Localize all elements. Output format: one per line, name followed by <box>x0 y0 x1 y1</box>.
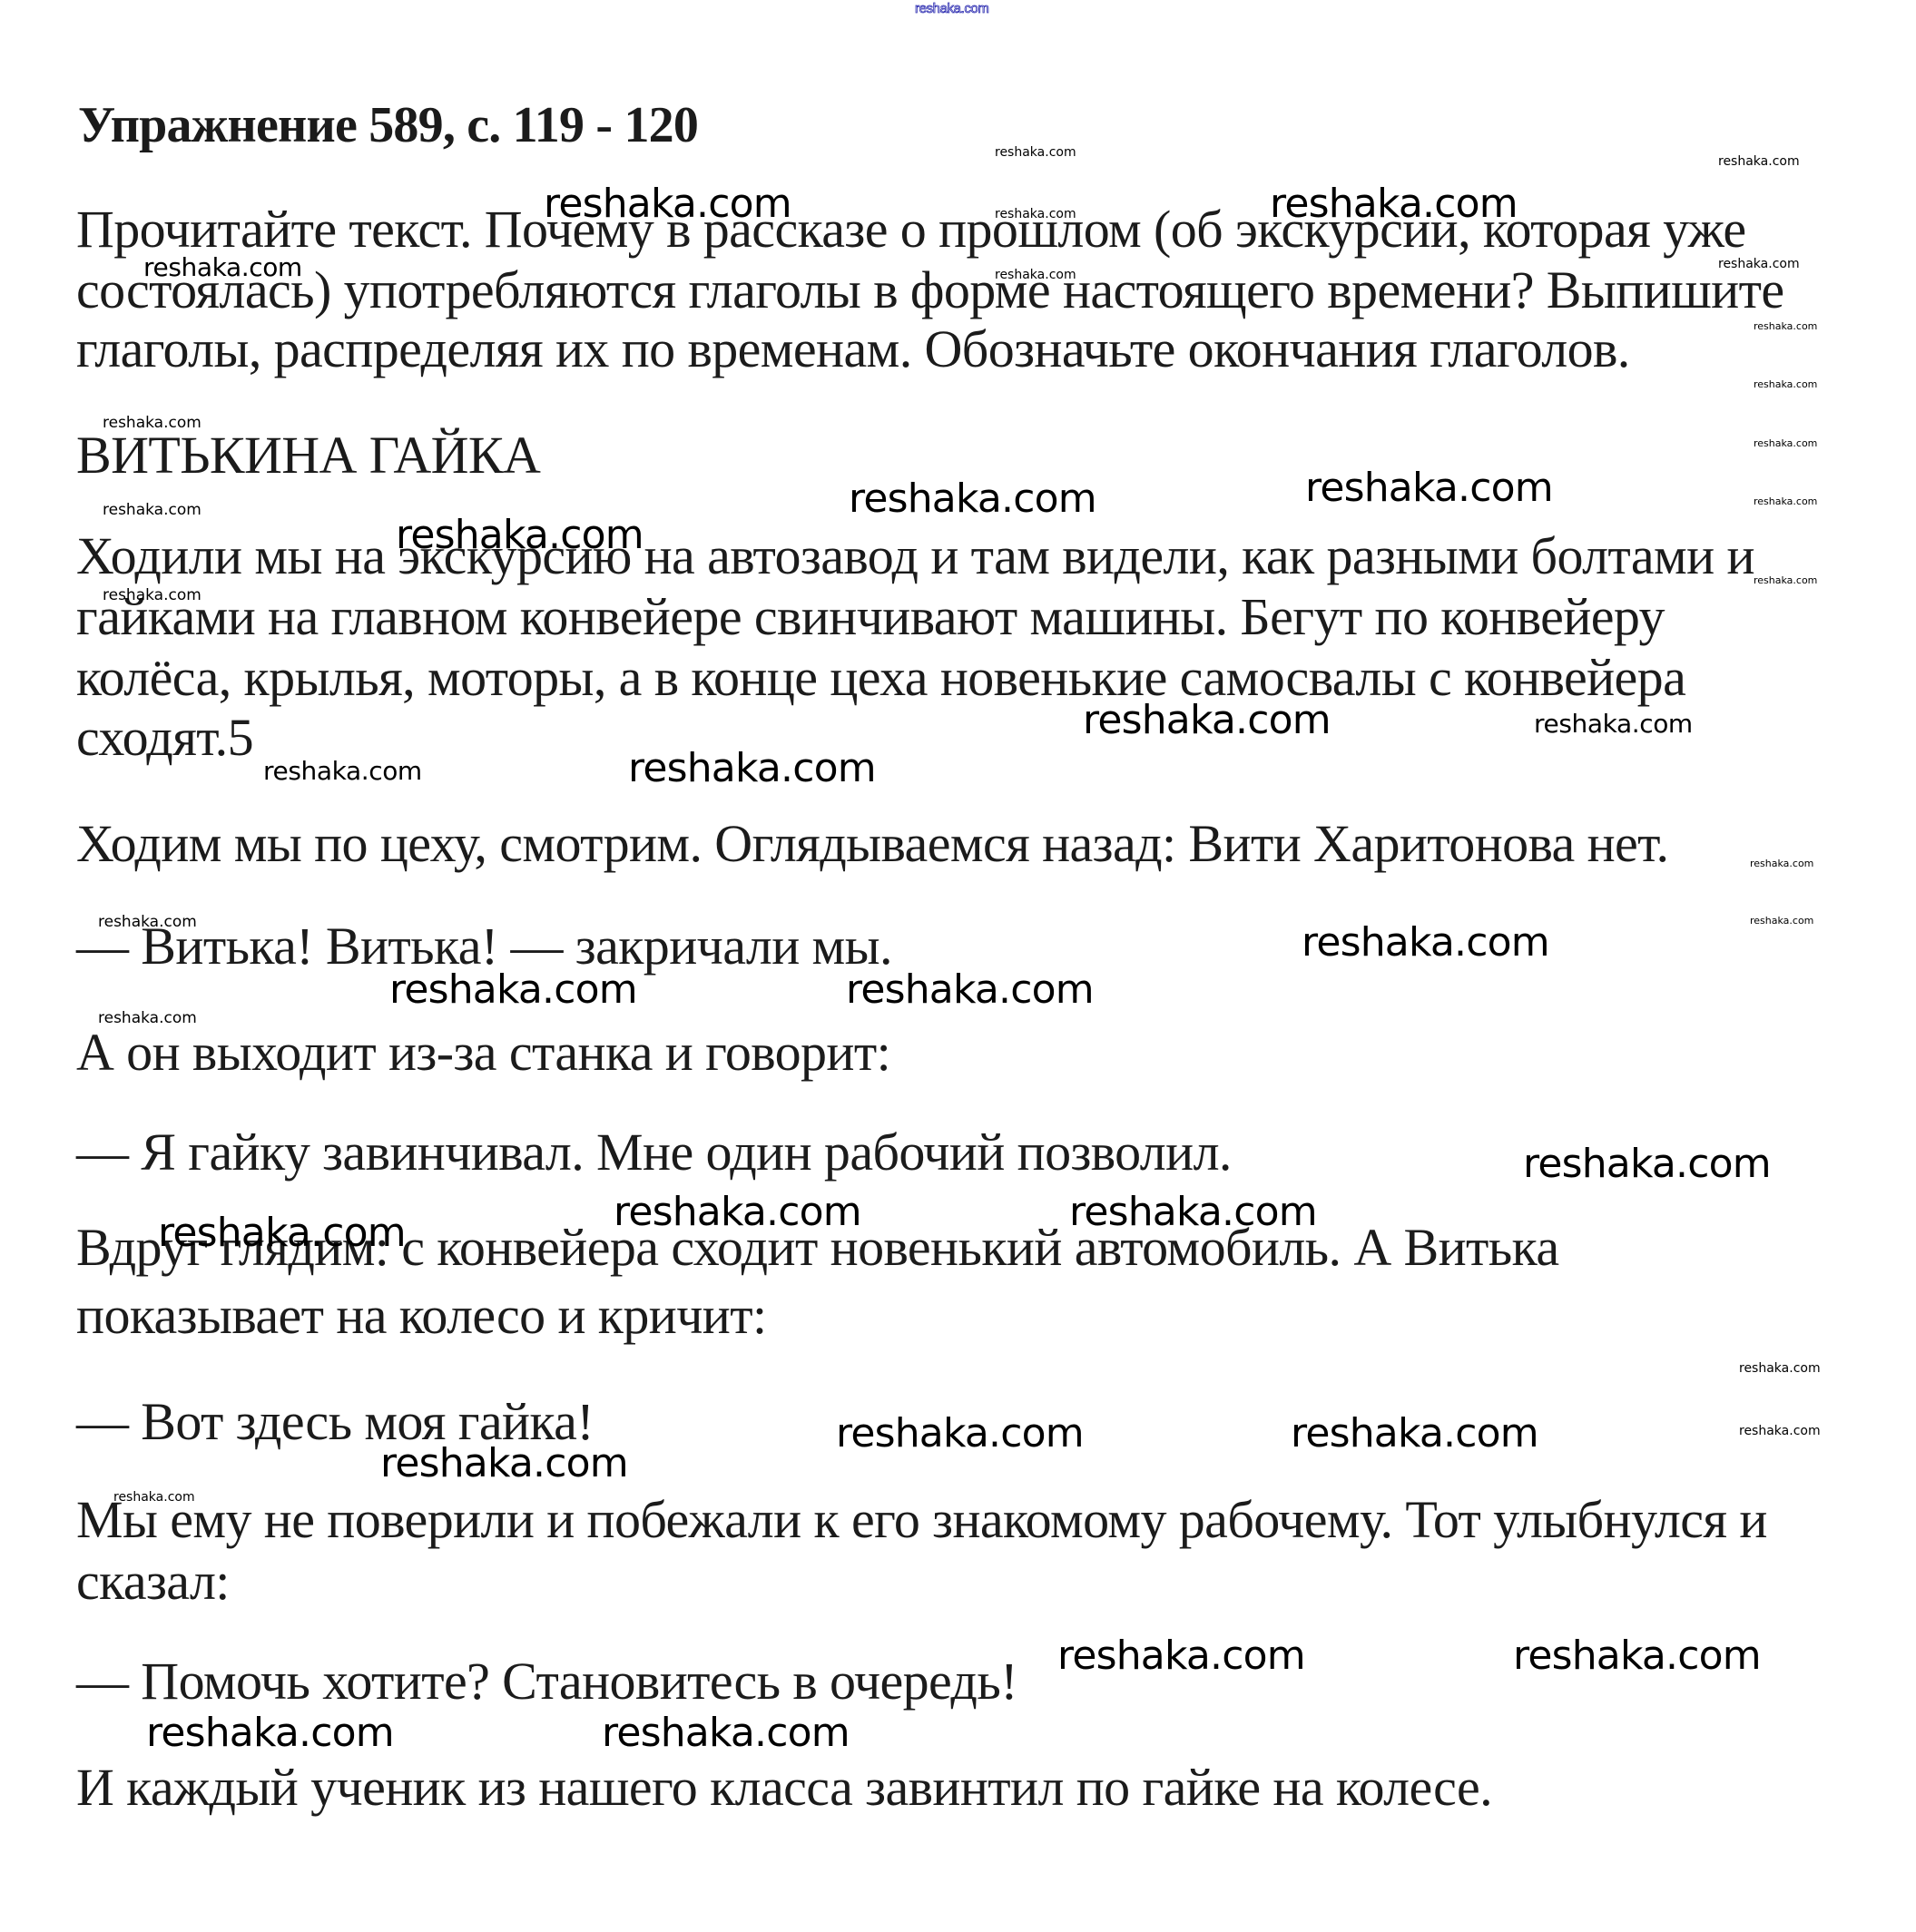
watermark: reshaka.com <box>1718 258 1800 270</box>
watermark: reshaka.com <box>836 1414 1084 1454</box>
story-line: Ходим мы по цеху, смотрим. Оглядываемся … <box>76 818 1668 870</box>
watermark: reshaka.com <box>263 759 422 784</box>
story-line: — Я гайку завинчивал. Мне один рабочий п… <box>76 1126 1232 1179</box>
watermark: reshaka.com <box>995 269 1076 281</box>
watermark: reshaka.com <box>1754 379 1817 389</box>
story-line: — Помочь хотите? Становитесь в очередь! <box>76 1655 1017 1708</box>
watermark: reshaka.com <box>1083 701 1331 740</box>
story-line: И каждый ученик из нашего класса завинти… <box>76 1761 1492 1814</box>
watermark: reshaka.com <box>1305 468 1553 508</box>
story-heading: ВИТЬКИНА ГАЙКА <box>76 429 540 482</box>
watermark: reshaka.com <box>113 1491 195 1504</box>
watermark: reshaka.com <box>544 184 791 224</box>
watermark: reshaka.com <box>143 255 302 280</box>
story-line: Ходили мы на экскурсию на автозавод и та… <box>76 530 1754 583</box>
task-line-2: состоялась) употребляются глаголы в форм… <box>76 264 1784 317</box>
story-line: гайками на главном конвейере свинчивают … <box>76 591 1665 643</box>
watermark: reshaka.com <box>628 749 876 789</box>
story-line: Мы ему не поверили и побежали к его знак… <box>76 1494 1767 1546</box>
watermark: reshaka.com <box>103 416 201 431</box>
watermark: reshaka.com <box>995 146 1076 159</box>
story-line: А он выходит из-за станка и говорит: <box>76 1026 890 1079</box>
watermark: reshaka.com <box>1754 496 1817 506</box>
watermark: reshaka.com <box>1739 1362 1821 1375</box>
watermark: reshaka.com <box>1291 1414 1538 1454</box>
story-line: сказал: <box>76 1555 230 1608</box>
watermark: reshaka.com <box>995 208 1076 221</box>
watermark: reshaka.com <box>849 479 1096 519</box>
watermark: reshaka.com <box>98 1011 197 1026</box>
watermark: reshaka.com <box>98 915 197 930</box>
watermark: reshaka.com <box>1302 923 1549 963</box>
story-line: показывает на колесо и кричит: <box>76 1290 766 1342</box>
watermark: reshaka.com <box>1739 1425 1821 1437</box>
document-page: reshaka.com Упражнение 589, с. 119 - 120… <box>0 0 1916 1932</box>
exercise-title: Упражнение 589, с. 119 - 120 <box>78 100 698 151</box>
watermark: reshaka.com <box>396 515 644 555</box>
task-line-3: глаголы, распределяя их по временам. Обо… <box>76 323 1630 376</box>
watermark: reshaka.com <box>846 970 1094 1010</box>
watermark: reshaka.com <box>103 588 201 603</box>
watermark: reshaka.com <box>1069 1192 1317 1232</box>
watermark: reshaka.com <box>1750 858 1813 868</box>
story-line: колёса, крылья, моторы, а в конце цеха н… <box>76 652 1685 704</box>
watermark: reshaka.com <box>1523 1144 1771 1184</box>
story-line: сходят.5 <box>76 711 253 764</box>
watermark: reshaka.com <box>1534 711 1693 737</box>
watermark: reshaka.com <box>1754 321 1817 331</box>
watermark: reshaka.com <box>389 970 637 1010</box>
watermark: reshaka.com <box>1057 1636 1305 1676</box>
watermark: reshaka.com <box>1718 155 1800 168</box>
watermark: reshaka.com <box>380 1444 628 1484</box>
watermark: reshaka.com <box>1754 438 1817 448</box>
watermark: reshaka.com <box>1750 916 1813 926</box>
watermark: reshaka.com <box>1513 1636 1761 1676</box>
story-line: — Витька! Витька! — закричали мы. <box>76 920 892 973</box>
watermark: reshaka.com <box>1270 184 1518 224</box>
watermark: reshaka.com <box>614 1192 861 1232</box>
watermark: reshaka.com <box>602 1713 850 1753</box>
watermark: reshaka.com <box>158 1213 406 1253</box>
watermark: reshaka.com <box>146 1713 394 1753</box>
site-link-top[interactable]: reshaka.com <box>915 2 988 15</box>
watermark: reshaka.com <box>1754 575 1817 585</box>
watermark: reshaka.com <box>103 503 201 518</box>
